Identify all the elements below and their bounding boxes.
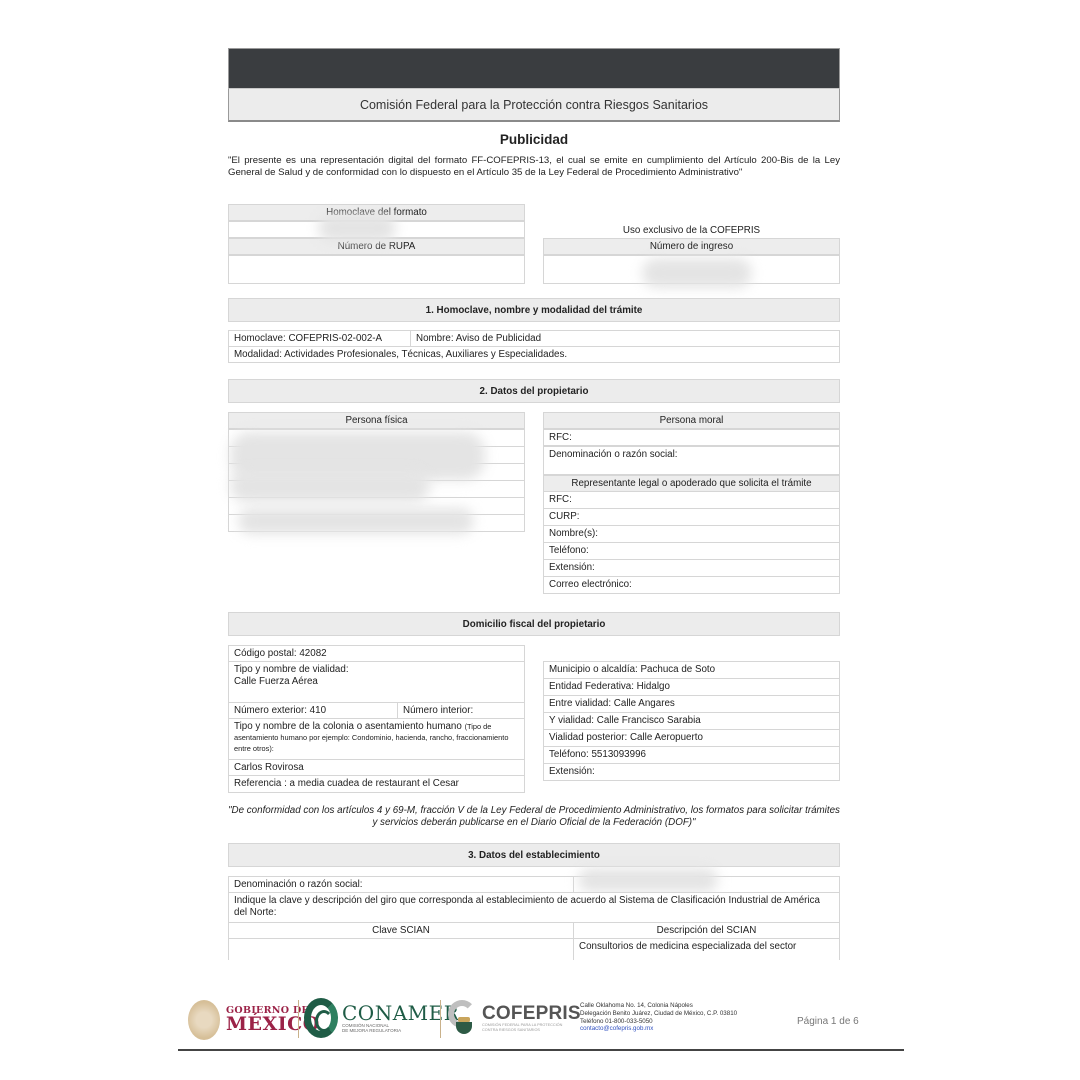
vialidad-field: Tipo y nombre de vialidad: Calle Fuerza …	[228, 661, 525, 703]
intro-paragraph: "El presente es una representación digit…	[228, 155, 840, 178]
clave-scian-header: Clave SCIAN	[228, 922, 574, 939]
national-seal-icon	[188, 1000, 220, 1040]
cofepris-sub2: CONTRA RIESGOS SANITARIOS	[482, 1028, 581, 1033]
section2-header: 2. Datos del propietario	[228, 379, 840, 403]
contact-email-link[interactable]: contacto@cofepris.gob.mx	[580, 1025, 737, 1033]
footer-address: Calle Oklahoma No. 14, Colonia Nápoles D…	[580, 1002, 737, 1033]
domicilio-header: Domicilio fiscal del propietario	[228, 612, 840, 636]
redaction-blur	[642, 258, 752, 288]
agency-name: Comisión Federal para la Protección cont…	[228, 88, 840, 122]
domicilio-row: Teléfono: 5513093996	[543, 746, 840, 764]
page-number: Página 1 de 6	[797, 1016, 859, 1027]
redaction-blur	[578, 868, 718, 892]
domicilio-row: Vialidad posterior: Calle Aeropuerto	[543, 729, 840, 747]
domicilio-row: Extensión:	[543, 763, 840, 781]
gobierno-mexico-logo: GOBIERNO DE MÉXICO	[188, 1000, 320, 1040]
colonia-field: Tipo y nombre de la colonia o asentamien…	[228, 718, 525, 760]
referencia: Referencia : a media cuadea de restauran…	[228, 775, 525, 793]
clave-scian-value	[228, 938, 574, 960]
representante-row: Extensión:	[543, 559, 840, 577]
dof-notice: "De conformidad con los artículos 4 y 69…	[228, 805, 840, 829]
footer-rule	[178, 1049, 904, 1051]
cofepris-name: COFEPRIS	[482, 1004, 581, 1023]
document-title: Publicidad	[228, 132, 840, 147]
numero-exterior: Número exterior: 410	[228, 702, 398, 719]
representante-row: Teléfono:	[543, 542, 840, 560]
domicilio-row: Municipio o alcaldía: Pachuca de Soto	[543, 661, 840, 679]
nombre-field: Nombre: Aviso de Publicidad	[410, 330, 840, 347]
representante-row: Nombre(s):	[543, 525, 840, 543]
cofepris-use-label: Uso exclusivo de la COFEPRIS	[543, 225, 840, 236]
redaction-blur	[230, 470, 430, 502]
vialidad-value: Calle Fuerza Aérea	[234, 676, 519, 688]
vialidad-label: Tipo y nombre de vialidad:	[234, 664, 519, 676]
descripcion-scian-header: Descripción del SCIAN	[573, 922, 840, 939]
section1-header: 1. Homoclave, nombre y modalidad del trá…	[228, 298, 840, 322]
ingreso-label: Número de ingreso	[543, 238, 840, 255]
conamer-sub2: DE MEJORA REGULATORIA	[342, 1028, 459, 1034]
rupa-value	[228, 255, 525, 284]
redaction-blur	[318, 214, 396, 242]
address-line: Teléfono 01-800-033-5050	[580, 1018, 737, 1026]
moral-denominacion: Denominación o razón social:	[543, 446, 840, 475]
section3-header: 3. Datos del establecimiento	[228, 843, 840, 867]
address-line: Delegación Benito Juárez, Ciudad de Méxi…	[580, 1010, 737, 1018]
representante-header: Representante legal o apoderado que soli…	[543, 475, 840, 492]
numero-interior: Número interior:	[397, 702, 525, 719]
scian-instruction: Indique la clave y descripción del giro …	[228, 892, 840, 923]
logo-divider	[440, 1000, 441, 1038]
conamer-name: CONAMER	[342, 1003, 459, 1023]
header-banner	[228, 48, 840, 88]
moral-rfc: RFC:	[543, 429, 840, 446]
address-line: Calle Oklahoma No. 14, Colonia Nápoles	[580, 1002, 737, 1010]
domicilio-row: Entre vialidad: Calle Angares	[543, 695, 840, 713]
descripcion-scian-value: Consultorios de medicina especializada d…	[573, 938, 840, 960]
representante-row: Correo electrónico:	[543, 576, 840, 594]
modalidad-field: Modalidad: Actividades Profesionales, Té…	[228, 346, 840, 363]
establecimiento-denominacion-label: Denominación o razón social:	[228, 876, 574, 893]
domicilio-row: Entidad Federativa: Hidalgo	[543, 678, 840, 696]
persona-moral-header: Persona moral	[543, 412, 840, 429]
conamer-mark-icon	[304, 998, 338, 1038]
domicilio-row: Y vialidad: Calle Francisco Sarabia	[543, 712, 840, 730]
colonia-label: Tipo y nombre de la colonia o asentamien…	[234, 721, 462, 732]
colonia-value: Carlos Rovirosa	[228, 759, 525, 776]
cofepris-logo: COFEPRIS COMISIÓN FEDERAL PARA LA PROTEC…	[448, 1000, 581, 1036]
persona-fisica-header: Persona física	[228, 412, 525, 429]
redaction-blur	[238, 508, 474, 534]
cofepris-mark-icon	[448, 1000, 476, 1036]
representante-row: RFC:	[543, 491, 840, 509]
conamer-logo: CONAMER COMISIÓN NACIONAL DE MEJORA REGU…	[304, 998, 459, 1038]
logo-divider	[298, 1000, 299, 1038]
representante-row: CURP:	[543, 508, 840, 526]
homoclave-field: Homoclave: COFEPRIS-02-002-A	[228, 330, 411, 347]
codigo-postal: Código postal: 42082	[228, 645, 525, 662]
